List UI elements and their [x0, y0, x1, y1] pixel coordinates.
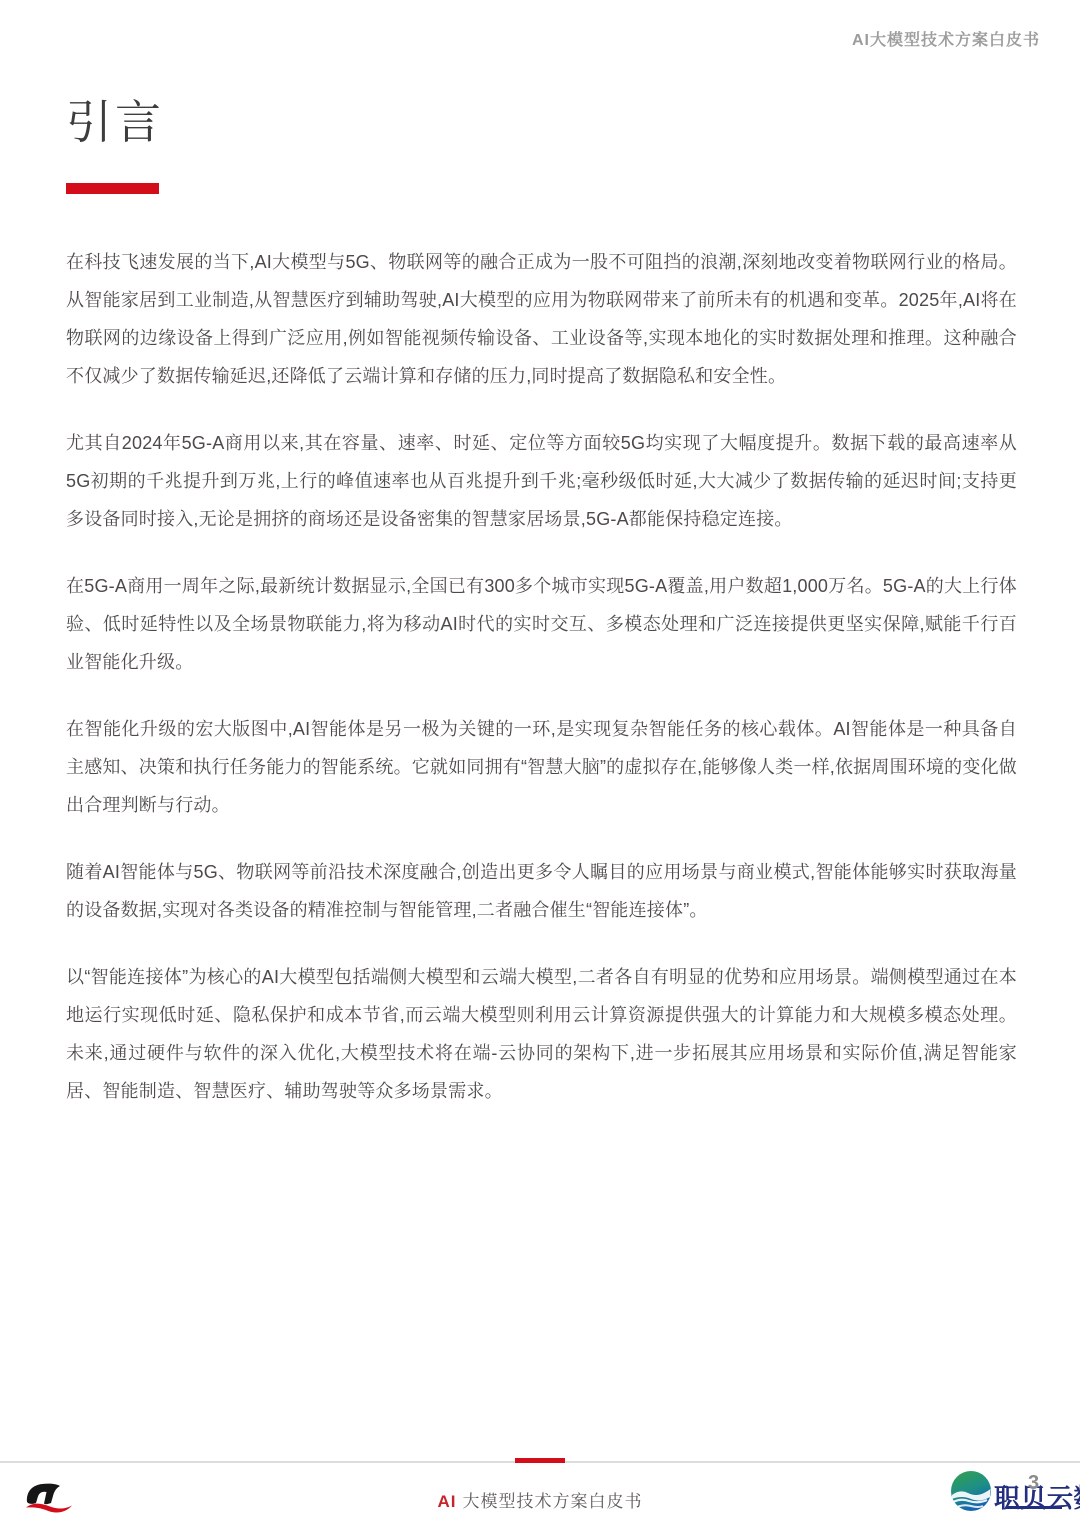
footer-doc-title-accent: AI: [438, 1492, 457, 1511]
brand-watermark: 职贝云数: [950, 1466, 1080, 1518]
page-number: 3: [1028, 1472, 1039, 1495]
paragraph: 以“智能连接体”为核心的AI大模型包括端侧大模型和云端大模型,二者各自有明显的优…: [66, 958, 1017, 1110]
footer-doc-title-rest: 大模型技术方案白皮书: [463, 1492, 643, 1511]
page-body: 引言 在科技飞速发展的当下,AI大模型与5G、物联网等的融合正成为一股不可阻挡的…: [66, 94, 1017, 1139]
section-title: 引言: [66, 94, 1017, 150]
globe-waves-icon: [950, 1470, 992, 1512]
title-accent-bar: [66, 183, 159, 194]
paragraph: 尤其自2024年5G-A商用以来,其在容量、速率、时延、定位等方面较5G均实现了…: [66, 424, 1017, 538]
footer-divider-accent: [515, 1458, 565, 1463]
brand-underline: [1006, 1506, 1062, 1509]
paragraph: 在科技飞速发展的当下,AI大模型与5G、物联网等的融合正成为一股不可阻挡的浪潮,…: [66, 243, 1017, 395]
running-header: AI大模型技术方案白皮书: [852, 27, 1040, 50]
footer-doc-title: AI大模型技术方案白皮书: [0, 1487, 1080, 1512]
paragraph: 在智能化升级的宏大版图中,AI智能体是另一极为关键的一环,是实现复杂智能任务的核…: [66, 710, 1017, 824]
body-text: 在科技飞速发展的当下,AI大模型与5G、物联网等的融合正成为一股不可阻挡的浪潮,…: [66, 243, 1017, 1110]
paragraph: 在5G-A商用一周年之际,最新统计数据显示,全国已有300多个城市实现5G-A覆…: [66, 567, 1017, 681]
paragraph: 随着AI智能体与5G、物联网等前沿技术深度融合,创造出更多令人瞩目的应用场景与商…: [66, 853, 1017, 929]
